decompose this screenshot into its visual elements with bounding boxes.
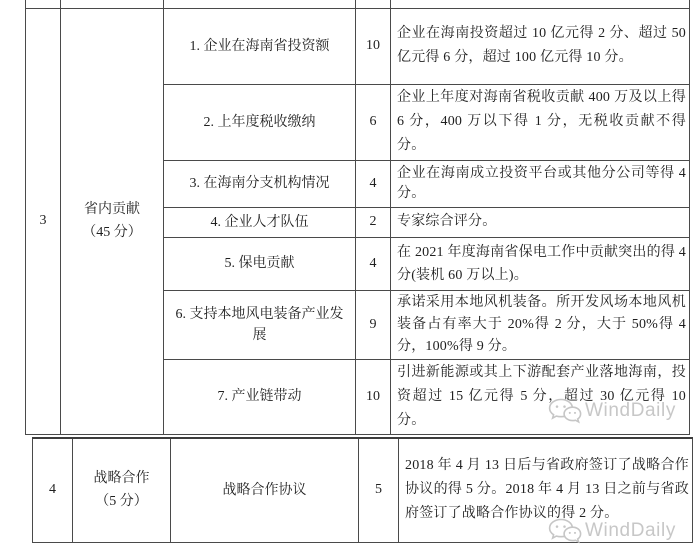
item-cell: 5. 保电贡献 xyxy=(164,237,356,290)
criteria-cell: 在 2021 年度海南省保电工作中贡献突出的得 4 分(装机 60 万以上)。 xyxy=(391,237,690,290)
criteria-cell: 企业在海南成立投资平台或其他分公司等得 4 分。 xyxy=(391,160,690,207)
score-cell: 4 xyxy=(356,160,391,207)
criteria-cell: 企业在海南投资超过 10 亿元得 2 分、超过 50 亿元得 6 分，超过 10… xyxy=(391,8,690,84)
criteria-cell: 专家综合评分。 xyxy=(391,207,690,237)
row-number-cell: 4 xyxy=(33,438,73,542)
score-cell: 2 xyxy=(356,207,391,237)
score-cell: 10 xyxy=(356,8,391,84)
item-cell: 3. 在海南分支机构情况 xyxy=(164,160,356,207)
item-cell: 7. 产业链带动 xyxy=(164,359,356,434)
empty-cell xyxy=(356,0,391,8)
scoring-table-upper: 3 省内贡献 （45 分） 1. 企业在海南省投资额 10 企业在海南投资超过 … xyxy=(25,0,690,435)
empty-cell xyxy=(26,0,61,8)
criteria-cell: 引进新能源或其上下游配套产业落地海南，投资超过 15 亿元得 5 分，超过 30… xyxy=(391,359,690,434)
empty-cell xyxy=(391,0,690,8)
item-cell: 4. 企业人才队伍 xyxy=(164,207,356,237)
score-cell: 10 xyxy=(356,359,391,434)
empty-cell xyxy=(164,0,356,8)
table-row: 3 省内贡献 （45 分） 1. 企业在海南省投资额 10 企业在海南投资超过 … xyxy=(26,8,690,84)
item-cell: 战略合作协议 xyxy=(171,438,359,542)
criteria-cell: 承诺采用本地风机装备。所开发风场本地风机装备占有率大于 20%得 2 分，大于 … xyxy=(391,290,690,359)
empty-cell xyxy=(61,0,164,8)
item-cell: 6. 支持本地风电装备产业发展 xyxy=(164,290,356,359)
table-row: 4 战略合作 （5 分） 战略合作协议 5 2018 年 4 月 13 日后与省… xyxy=(33,438,693,542)
score-cell: 4 xyxy=(356,237,391,290)
scoring-table-lower: 4 战略合作 （5 分） 战略合作协议 5 2018 年 4 月 13 日后与省… xyxy=(32,437,693,543)
criteria-cell: 2018 年 4 月 13 日后与省政府签订了战略合作协议的得 5 分。2018… xyxy=(399,438,693,542)
score-cell: 5 xyxy=(359,438,399,542)
cropped-table-row xyxy=(26,0,690,8)
document-page: 3 省内贡献 （45 分） 1. 企业在海南省投资额 10 企业在海南投资超过 … xyxy=(0,0,696,560)
row-number-cell: 3 xyxy=(26,8,61,434)
item-cell: 1. 企业在海南省投资额 xyxy=(164,8,356,84)
category-cell: 战略合作 （5 分） xyxy=(73,438,171,542)
item-cell: 2. 上年度税收缴纳 xyxy=(164,84,356,160)
criteria-cell: 企业上年度对海南省税收贡献 400 万及以上得 6 分，400 万以下得 1 分… xyxy=(391,84,690,160)
category-cell: 省内贡献 （45 分） xyxy=(61,8,164,434)
score-cell: 9 xyxy=(356,290,391,359)
score-cell: 6 xyxy=(356,84,391,160)
